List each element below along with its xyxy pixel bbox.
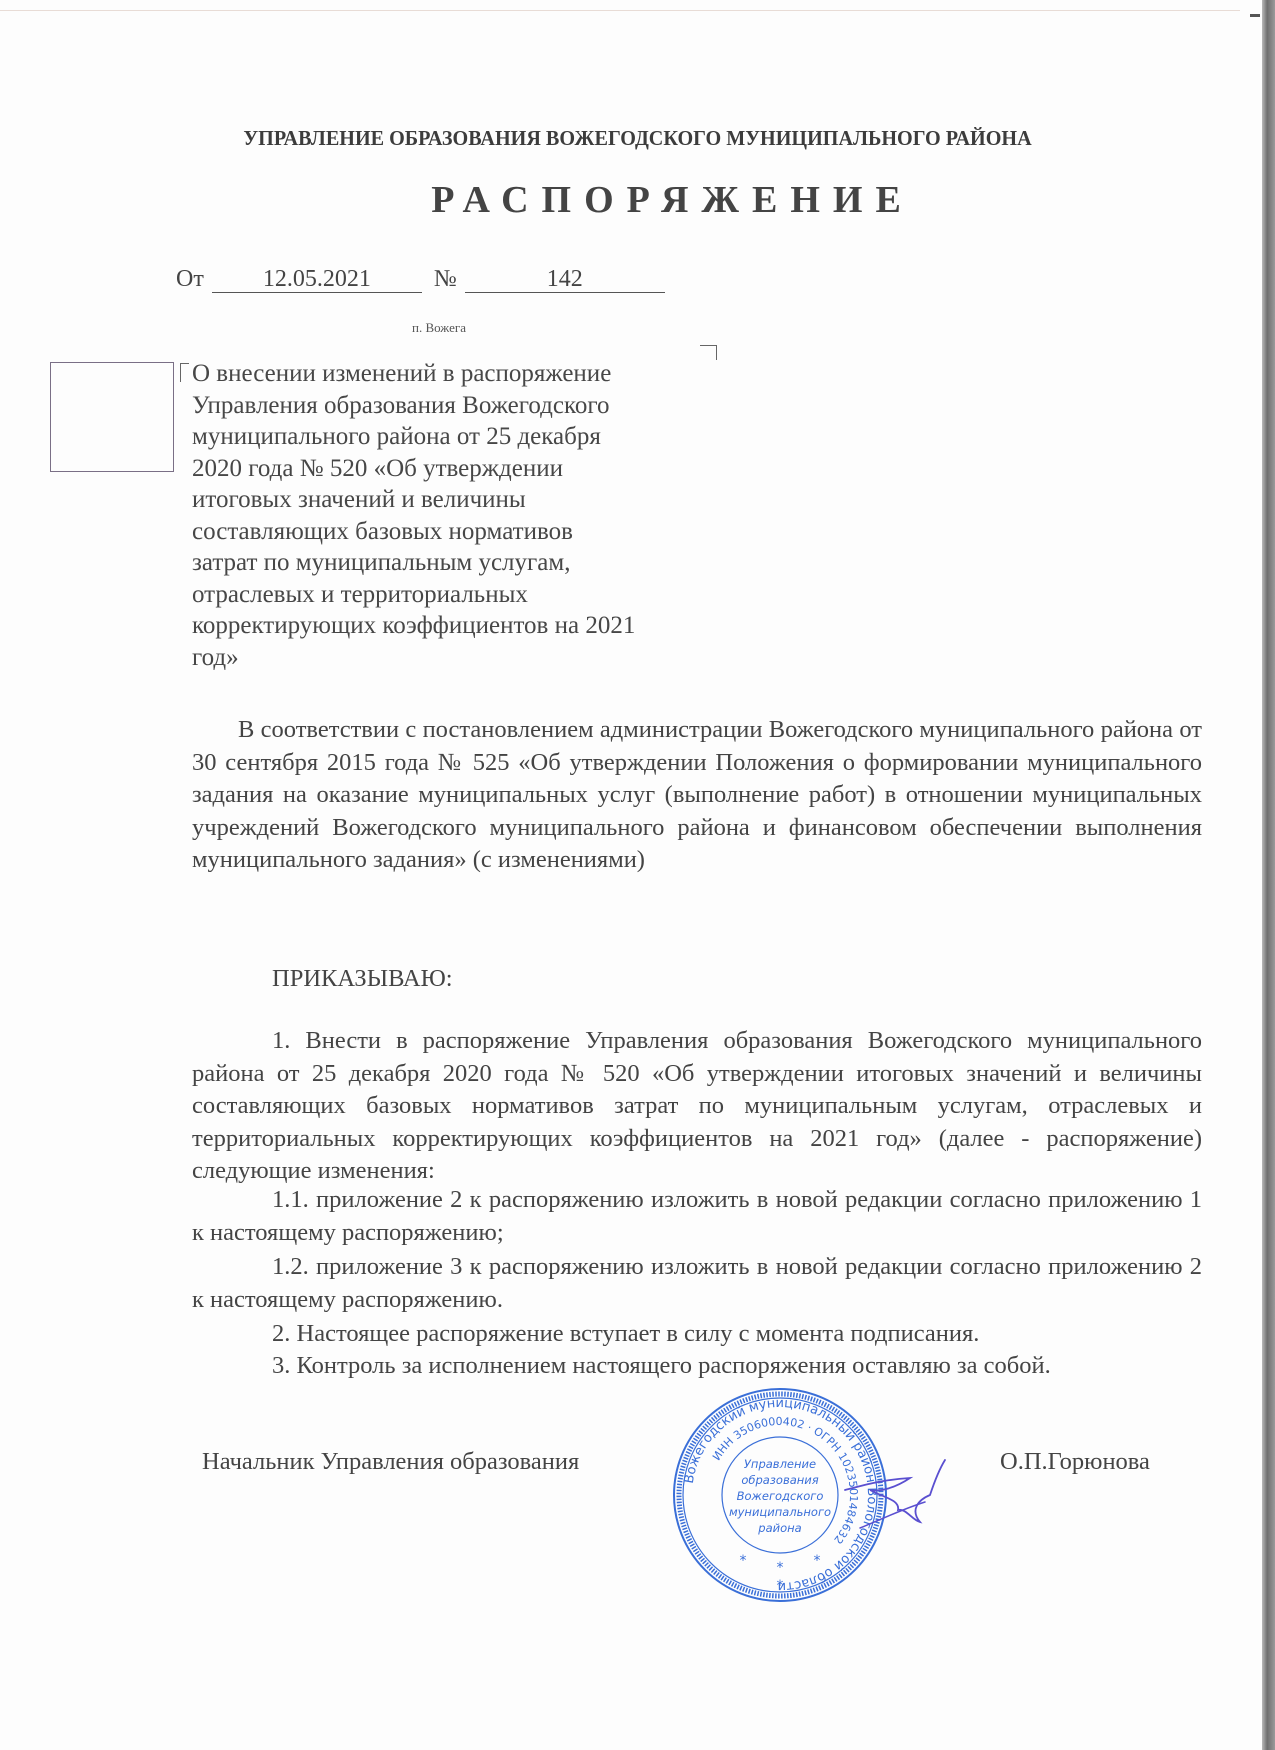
scan-right-edge	[1262, 0, 1275, 1750]
svg-text:*: *	[777, 1578, 784, 1594]
date-number-line: От 12.05.2021 № 142	[176, 266, 665, 293]
preamble-paragraph: В соответствии с постановлением админист…	[192, 714, 1202, 877]
stamp-center-line: муниципального	[729, 1505, 831, 1519]
date-label: От	[176, 266, 204, 293]
stamp-center-line: Управление	[744, 1457, 816, 1471]
registration-box	[50, 362, 174, 472]
subject-line: 2020 года № 520 «Об утверждении	[192, 453, 732, 485]
document-title: РАСПОРЯЖЕНИЕ	[0, 178, 1275, 222]
document-date: 12.05.2021	[212, 266, 422, 293]
organization-header: УПРАВЛЕНИЕ ОБРАЗОВАНИЯ ВОЖЕГОДСКОГО МУНИ…	[26, 126, 1250, 151]
subject-line: составляющих базовых нормативов	[192, 516, 732, 548]
subject-line: корректирующих коэффициентов на 2021	[192, 610, 732, 642]
svg-text:*: *	[814, 1553, 821, 1569]
stamp-center-line: образования	[741, 1473, 818, 1487]
subject-line: Управления образования Вожегодского	[192, 390, 732, 422]
subject-block: О внесении изменений в распоряжение Упра…	[192, 358, 732, 673]
order-item-3: 3. Контроль за исполнением настоящего ра…	[192, 1349, 1202, 1382]
subject-line: муниципального района от 25 декабря	[192, 421, 732, 453]
order-item-1: 1. Внести в распоряжение Управления обра…	[192, 1025, 1202, 1188]
handwritten-signature-icon	[840, 1450, 950, 1550]
order-item-1-1: 1.1. приложение 2 к распоряжению изложит…	[192, 1183, 1202, 1249]
signer-title: Начальник Управления образования	[202, 1448, 579, 1476]
stamp-center-line: района	[757, 1521, 801, 1535]
order-item-2: 2. Настоящее распоряжение вступает в сил…	[192, 1317, 1202, 1350]
stamp-center-line: Вожегодского	[737, 1489, 824, 1503]
corner-mark-left	[180, 363, 189, 382]
signer-name: О.П.Горюнова	[1000, 1448, 1150, 1476]
subject-line: затрат по муниципальным услугам,	[192, 547, 732, 579]
svg-text:*: *	[740, 1553, 747, 1569]
subject-line: О внесении изменений в распоряжение	[192, 358, 732, 390]
subject-line: год»	[192, 642, 732, 674]
number-label: №	[434, 266, 457, 293]
subject-line: отраслевых и территориальных	[192, 579, 732, 611]
document-number: 142	[465, 266, 665, 293]
order-item-1-2: 1.2. приложение 3 к распоряжению изложит…	[192, 1250, 1202, 1316]
scan-smudge	[1250, 14, 1260, 17]
place-of-issue: п. Вожега	[412, 320, 466, 336]
order-heading: ПРИКАЗЫВАЮ:	[272, 965, 453, 993]
scan-top-edge	[0, 10, 1240, 11]
subject-line: итоговых значений и величины	[192, 484, 732, 516]
svg-text:*: *	[777, 1560, 784, 1576]
